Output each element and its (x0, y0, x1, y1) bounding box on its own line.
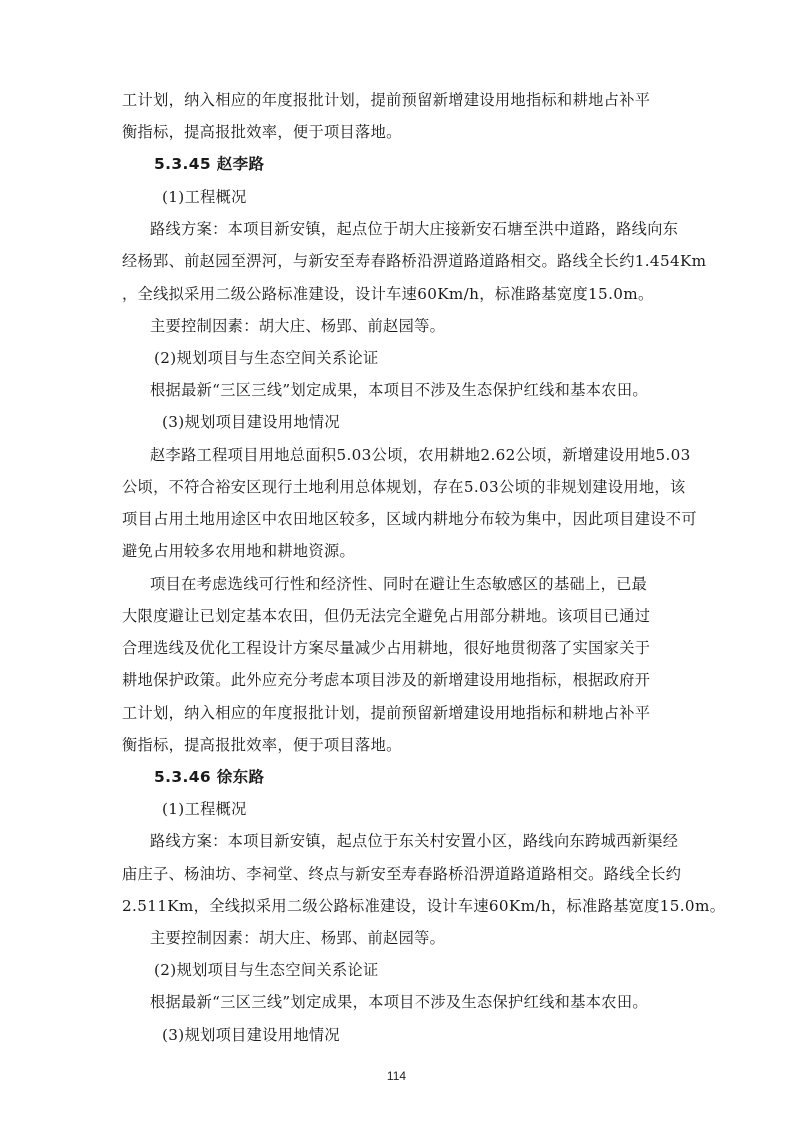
text-line: (2)规划项目与生态空间关系论证 (154, 348, 379, 368)
text-line: 路线方案：本项目新安镇，起点位于胡大庄接新安石塘至洪中道路，路线向东 (150, 219, 678, 239)
section-heading: 5.3.46 徐东路 (154, 767, 264, 787)
text-line: 庙庄子、杨油坊、李祠堂、终点与新安至寿春路桥沿淠道路道路相交。路线全长约 (122, 864, 681, 884)
text-line: 根据最新“三区三线”划定成果，本项目不涉及生态保护红线和基本农田。 (150, 380, 648, 400)
text-line: 公顷，不符合裕安区现行土地利用总体规划，存在5.03公顷的非规划建设用地，该 (122, 477, 686, 497)
text-line: 根据最新“三区三线”划定成果，本项目不涉及生态保护红线和基本农田。 (150, 992, 648, 1012)
text-line: (3)规划项目建设用地情况 (162, 1025, 340, 1045)
text-line: 2.511Km，全线拟采用二级公路标准建设，设计车速60Km/h，标准路基宽度1… (122, 896, 725, 916)
text-line: 经杨郢、前赵园至淠河，与新安至寿春路桥沿淠道路道路相交。路线全长约1.454Km (122, 251, 706, 271)
page-number: 114 (0, 1069, 793, 1083)
text-line: 赵李路工程项目用地总面积5.03公顷，农用耕地2.62公顷，新增建设用地5.03 (150, 445, 691, 465)
text-line: (1)工程概况 (162, 187, 247, 207)
text-line: 工计划，纳入相应的年度报批计划，提前预留新增建设用地指标和耕地占补平 (122, 703, 650, 723)
text-line: 衡指标，提高报批效率，便于项目落地。 (122, 122, 402, 142)
text-line: 项目在考虑选线可行性和经济性、同时在避让生态敏感区的基础上，已最 (150, 574, 647, 594)
text-line: 合理选线及优化工程设计方案尽量减少占用耕地，很好地贯彻落了实国家关于 (122, 638, 650, 658)
text-line: 主要控制因素：胡大庄、杨郢、前赵园等。 (150, 316, 445, 336)
document-page: 工计划，纳入相应的年度报批计划，提前预留新增建设用地指标和耕地占补平衡指标，提高… (0, 0, 793, 1122)
text-line: (1)工程概况 (162, 799, 247, 819)
text-line: 衡指标，提高报批效率，便于项目落地。 (122, 735, 402, 755)
text-line: 项目占用土地用途区中农田地区较多，区域内耕地分布较为集中，因此项目建设不可 (122, 509, 697, 529)
text-line: 大限度避让已划定基本农田，但仍无法完全避免占用部分耕地。该项目已通过 (122, 606, 650, 626)
text-line: 耕地保护政策。此外应充分考虑本项目涉及的新增建设用地指标，根据政府开 (122, 670, 650, 690)
text-line: 避免占用较多农用地和耕地资源。 (122, 541, 355, 561)
text-line: (2)规划项目与生态空间关系论证 (154, 960, 379, 980)
text-line: 路线方案：本项目新安镇，起点位于东关村安置小区，路线向东跨城西新渠经 (150, 831, 678, 851)
text-line: 工计划，纳入相应的年度报批计划，提前预留新增建设用地指标和耕地占补平 (122, 90, 650, 110)
text-line: ，全线拟采用二级公路标准建设，设计车速60Km/h，标准路基宽度15.0m。 (122, 284, 654, 304)
text-line: (3)规划项目建设用地情况 (162, 412, 340, 432)
section-heading: 5.3.45 赵李路 (154, 154, 264, 174)
text-line: 主要控制因素：胡大庄、杨郢、前赵园等。 (150, 928, 445, 948)
